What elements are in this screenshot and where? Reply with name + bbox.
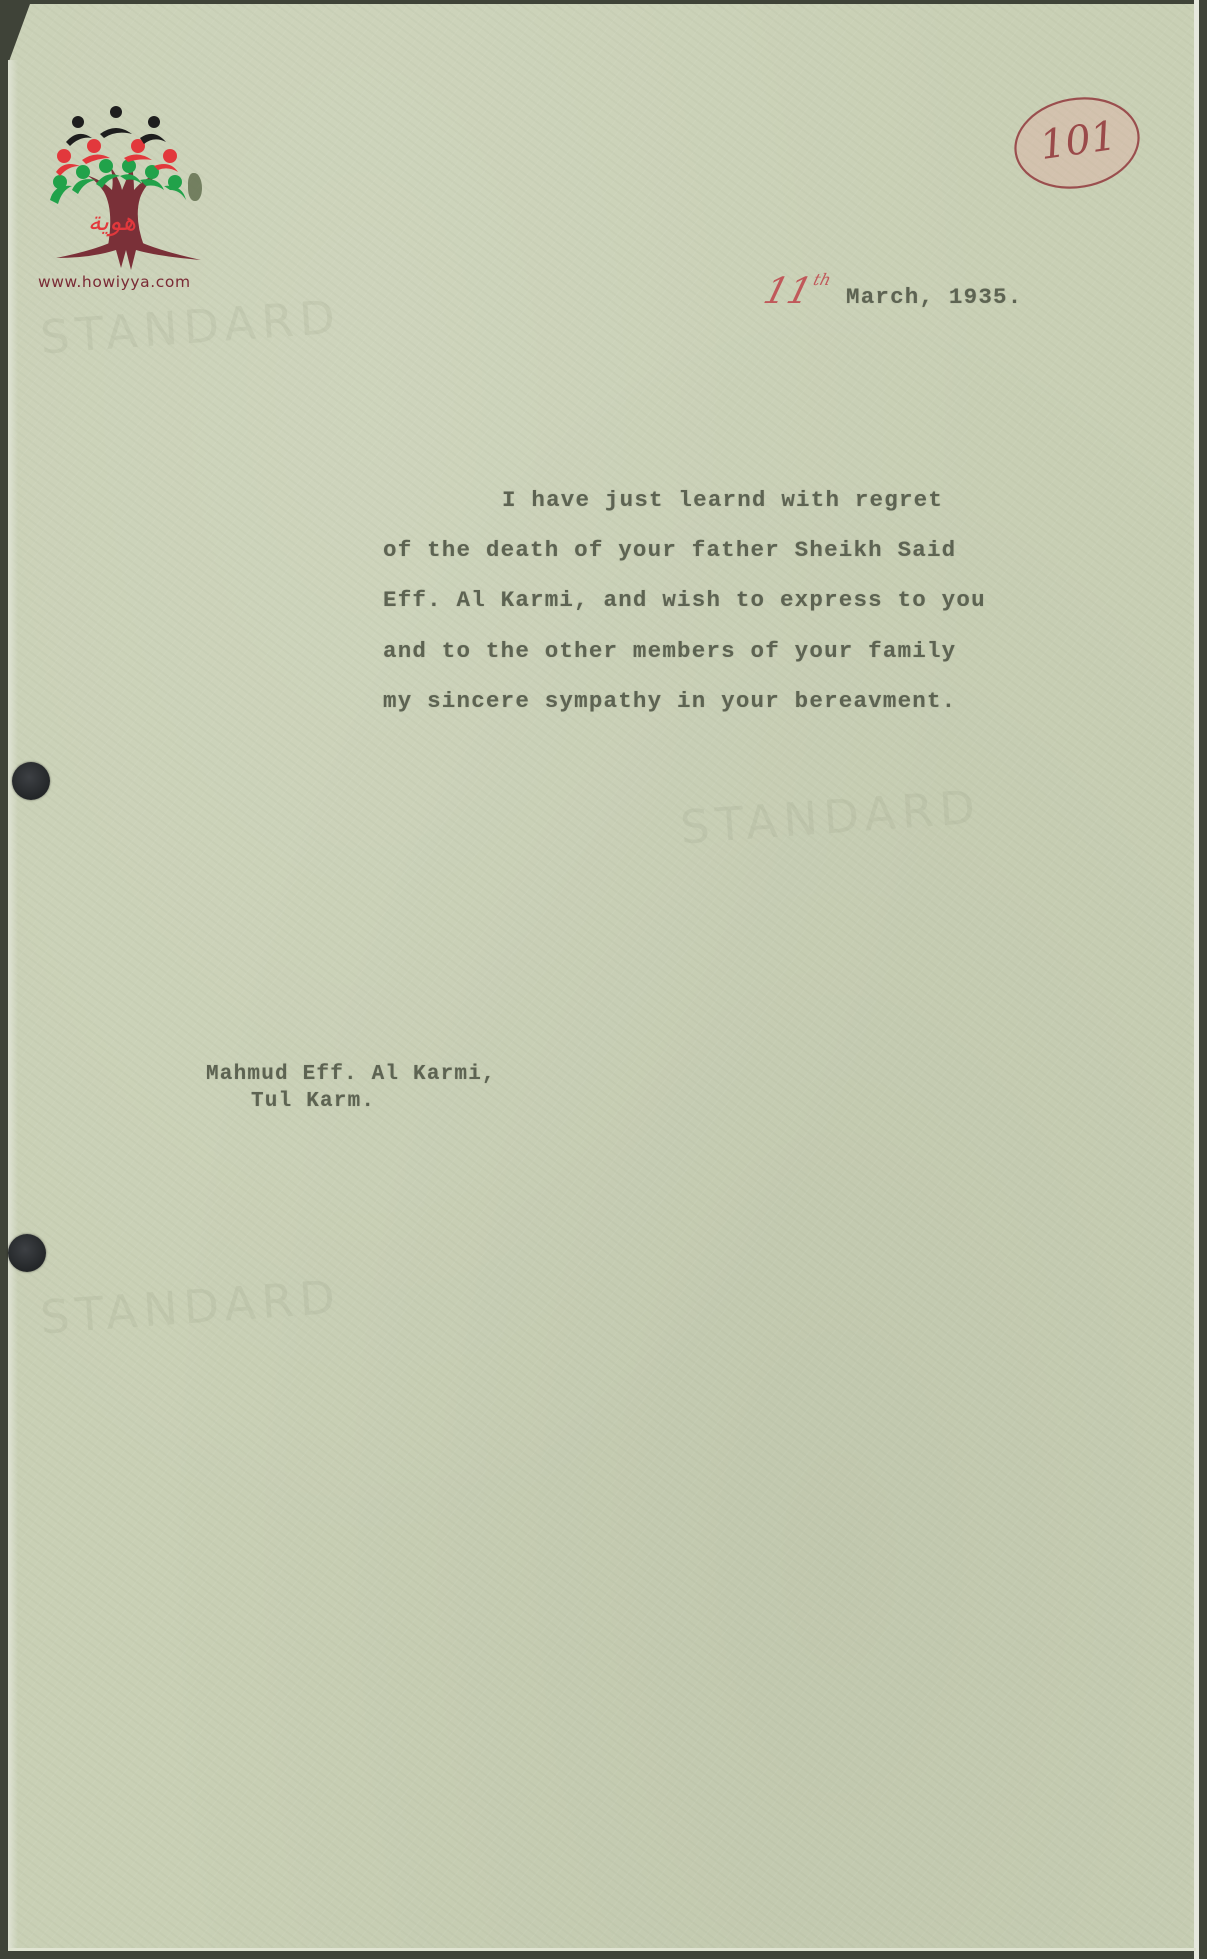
punch-hole xyxy=(12,762,50,800)
paper-bottom-edge xyxy=(8,1948,1196,1951)
howiyya-tree-logo-icon: هوية xyxy=(36,100,216,300)
letter-body-line: of the death of your father Sheikh Said xyxy=(383,537,956,563)
punch-hole xyxy=(8,1234,46,1272)
letter-body-line: and to the other members of your family xyxy=(383,638,956,664)
svg-text:هوية: هوية xyxy=(88,207,137,237)
typed-date: March, 1935. xyxy=(846,284,1022,310)
addressee-name: Mahmud Eff. Al Karmi, xyxy=(206,1063,496,1086)
letter-body-line: my sincere sympathy in your bereavment. xyxy=(383,688,956,714)
letter-body-line: Eff. Al Karmi, and wish to express to yo… xyxy=(383,587,986,613)
date-day: 11 xyxy=(759,271,816,312)
paper-left-edge xyxy=(8,60,18,1950)
handwritten-date-day: 11th xyxy=(759,270,833,312)
logo-url-text[interactable]: www.howiyya.com xyxy=(38,273,191,291)
letter-body-line: I have just learnd with regret xyxy=(502,487,943,513)
ink-smudge xyxy=(188,173,202,201)
paper-right-edge xyxy=(1194,0,1199,1959)
addressee-place: Tul Karm. xyxy=(251,1090,375,1113)
